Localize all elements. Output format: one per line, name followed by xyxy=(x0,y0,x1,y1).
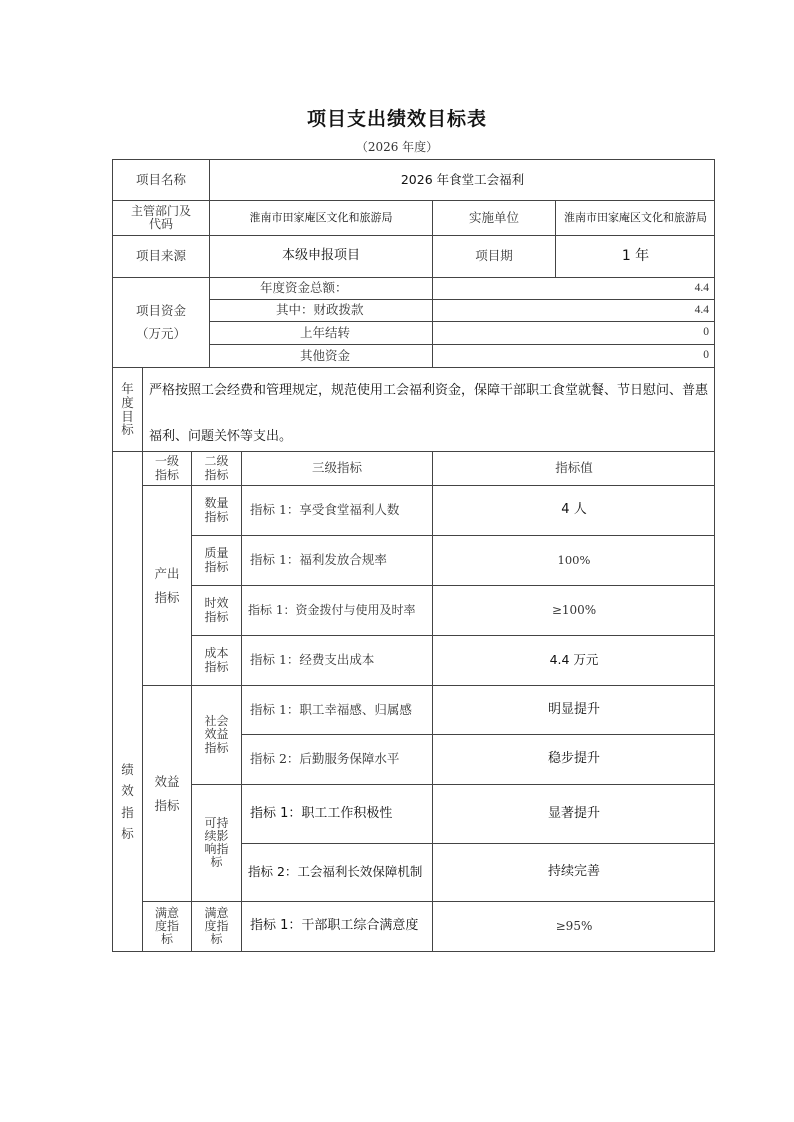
table-outer-border xyxy=(112,159,715,952)
document-title: 项目支出绩效目标表 xyxy=(0,104,794,131)
document-subtitle: （2026 年度） xyxy=(0,138,794,155)
